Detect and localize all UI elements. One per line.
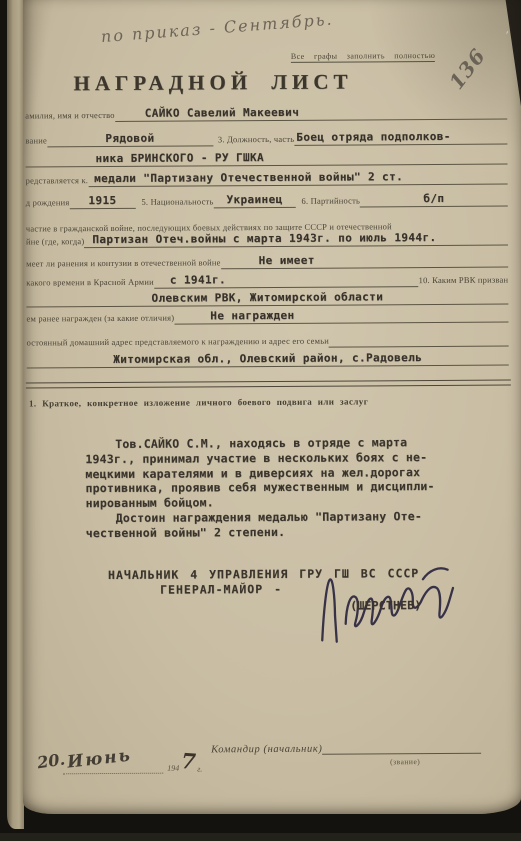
scanner-bed-band — [0, 833, 521, 841]
field-position-value2: ника БРИНСКОГО - РУ ГШКА — [93, 151, 266, 166]
field-prev-awards-underline: Не награжден — [174, 308, 508, 325]
commander-label: Командир (начальник) — [211, 744, 322, 756]
citation-section-heading: 1. Краткое, конкретное изложение личного… — [29, 396, 368, 408]
field-nationality-label: 5. Национальность — [135, 196, 213, 208]
field-party-label: 6. Партийность — [295, 195, 360, 207]
handwritten-date-day: 20. — [36, 749, 66, 772]
field-rank-underline: Рядовой — [47, 131, 213, 147]
field-rank-value: Рядовой — [103, 132, 156, 146]
field-army-label: какого времени в Красной Армии — [26, 277, 154, 290]
field-birth-value: 1915 — [86, 194, 118, 208]
field-address-label-row: остоянный домашний адрес представляемого… — [27, 329, 509, 350]
signature-name-typed: (ШЕРСТНЕВ) — [350, 598, 421, 613]
field-war-underline: Партизан Отеч.войны с марта 1943г. по ию… — [84, 231, 508, 249]
handwritten-annotation: по приказ - Сентябрь. — [100, 10, 334, 47]
date-year-suffix: г. — [197, 764, 202, 773]
field-position-underline: Боец отряда подполков- — [294, 130, 507, 146]
field-position-underline2: ника БРИНСКОГО - РУ ГШКА — [25, 150, 507, 168]
field-birth-nat-party-row: д рождения 1915 5. Национальность Украин… — [26, 189, 508, 210]
field-prev-awards-row: ем ранее награжден (за какие отличия) Не… — [26, 305, 508, 326]
field-name-value: САЙКО Савелий Макеевич — [143, 106, 302, 121]
form-content: по приказ - Сентябрь. Все графы заполнит… — [21, 0, 521, 816]
field-war-label-line2: йне (где, когда) — [26, 236, 84, 248]
field-wounds-label: меет ли ранения и контузии в отечественн… — [26, 257, 221, 270]
scanned-document-background: { "colors": { "paper": "#c9bea4", "print… — [0, 0, 521, 841]
field-name-underline: САЙКО Савелий Макеевич — [115, 105, 508, 122]
handwritten-date-month: Июнь — [66, 746, 133, 773]
field-war-value: Партизан Отеч.войны с марта 1943г. по ию… — [90, 231, 438, 247]
field-nationality-underline: Украинец — [213, 193, 295, 209]
date-underline — [63, 773, 163, 775]
handwritten-page-number: 136 — [444, 44, 490, 94]
field-nominated-label: редставляется к. — [26, 175, 89, 187]
field-rank-label: вание — [25, 135, 47, 147]
field-nominated-row: редставляется к. медали "Партизану Отече… — [26, 167, 508, 188]
commander-signature-row: Командир (начальник) — [211, 741, 481, 756]
field-birth-label: д рождения — [26, 197, 70, 209]
citation-paragraph-1: Тов.САЙКО С.М., находясь в отряде с март… — [85, 435, 457, 511]
field-army-underline: с 1941г. — [154, 272, 419, 289]
section-divider-rule — [26, 380, 511, 389]
field-wounds-row: меет ли ранения и контузии в отечественн… — [26, 250, 508, 271]
document-page: ' по приказ - Сентябрь. Все графы заполн… — [23, 0, 521, 814]
field-position-row2: ника БРИНСКОГО - РУ ГШКА — [25, 147, 507, 168]
field-birth-underline: 1915 — [69, 194, 135, 209]
field-address-label: остоянный домашний адрес представляемого… — [27, 336, 330, 350]
field-address-underline: Житомирская обл., Олевский район, с.Радо… — [27, 351, 509, 369]
field-name-label: амилия, имя и отчество — [25, 110, 115, 123]
field-wounds-value: Не имеет — [257, 254, 317, 268]
field-position-value: Боец отряда подполков- — [294, 130, 453, 145]
handwritten-date-year-digit: 7 — [180, 748, 196, 774]
rank-sublabel: (звание) — [390, 757, 420, 766]
field-party-value: б/п — [421, 192, 446, 206]
field-party-underline: б/п — [360, 192, 508, 208]
field-address-value-row: Житомирская обл., Олевский район, с.Радо… — [27, 348, 509, 369]
field-name-row: амилия, имя и отчество САЙКО Савелий Мак… — [25, 102, 507, 123]
fill-instruction-note: Все графы заполнить полностью — [291, 51, 435, 63]
field-wounds-underline: Не имеет — [221, 253, 509, 270]
commander-signature-line — [322, 741, 481, 755]
document-title: НАГРАДНОЙ ЛИСТ — [73, 69, 353, 96]
field-address-value: Житомирская обл., Олевский район, с.Радо… — [111, 351, 424, 367]
field-nominated-underline: медали "Партизану Отечественной войны" 2… — [88, 170, 508, 188]
field-prev-awards-value: Не награжден — [208, 309, 296, 324]
field-rank-position-row: вание Рядовой 3. Должность, часть Боец о… — [25, 127, 507, 148]
field-position-label: 3. Должность, часть — [213, 134, 294, 146]
citation-paragraph-2: Достоин награждения медалью "Партизану О… — [86, 509, 458, 541]
field-rvk-value: Олевским РВК, Житомирской области — [149, 290, 385, 305]
field-war-row: йне (где, когда) Партизан Отеч.войны с м… — [26, 228, 508, 249]
field-rvk-label: 10. Каким РВК призван — [419, 275, 509, 288]
field-nationality-value: Украинец — [224, 193, 284, 207]
field-prev-awards-label: ем ранее награжден (за какие отличия) — [26, 313, 174, 326]
date-year-printed: 194 — [167, 764, 179, 773]
field-nominated-value: медали "Партизану Отечественной войны" 2… — [92, 170, 405, 186]
field-army-value: с 1941г. — [168, 273, 228, 287]
